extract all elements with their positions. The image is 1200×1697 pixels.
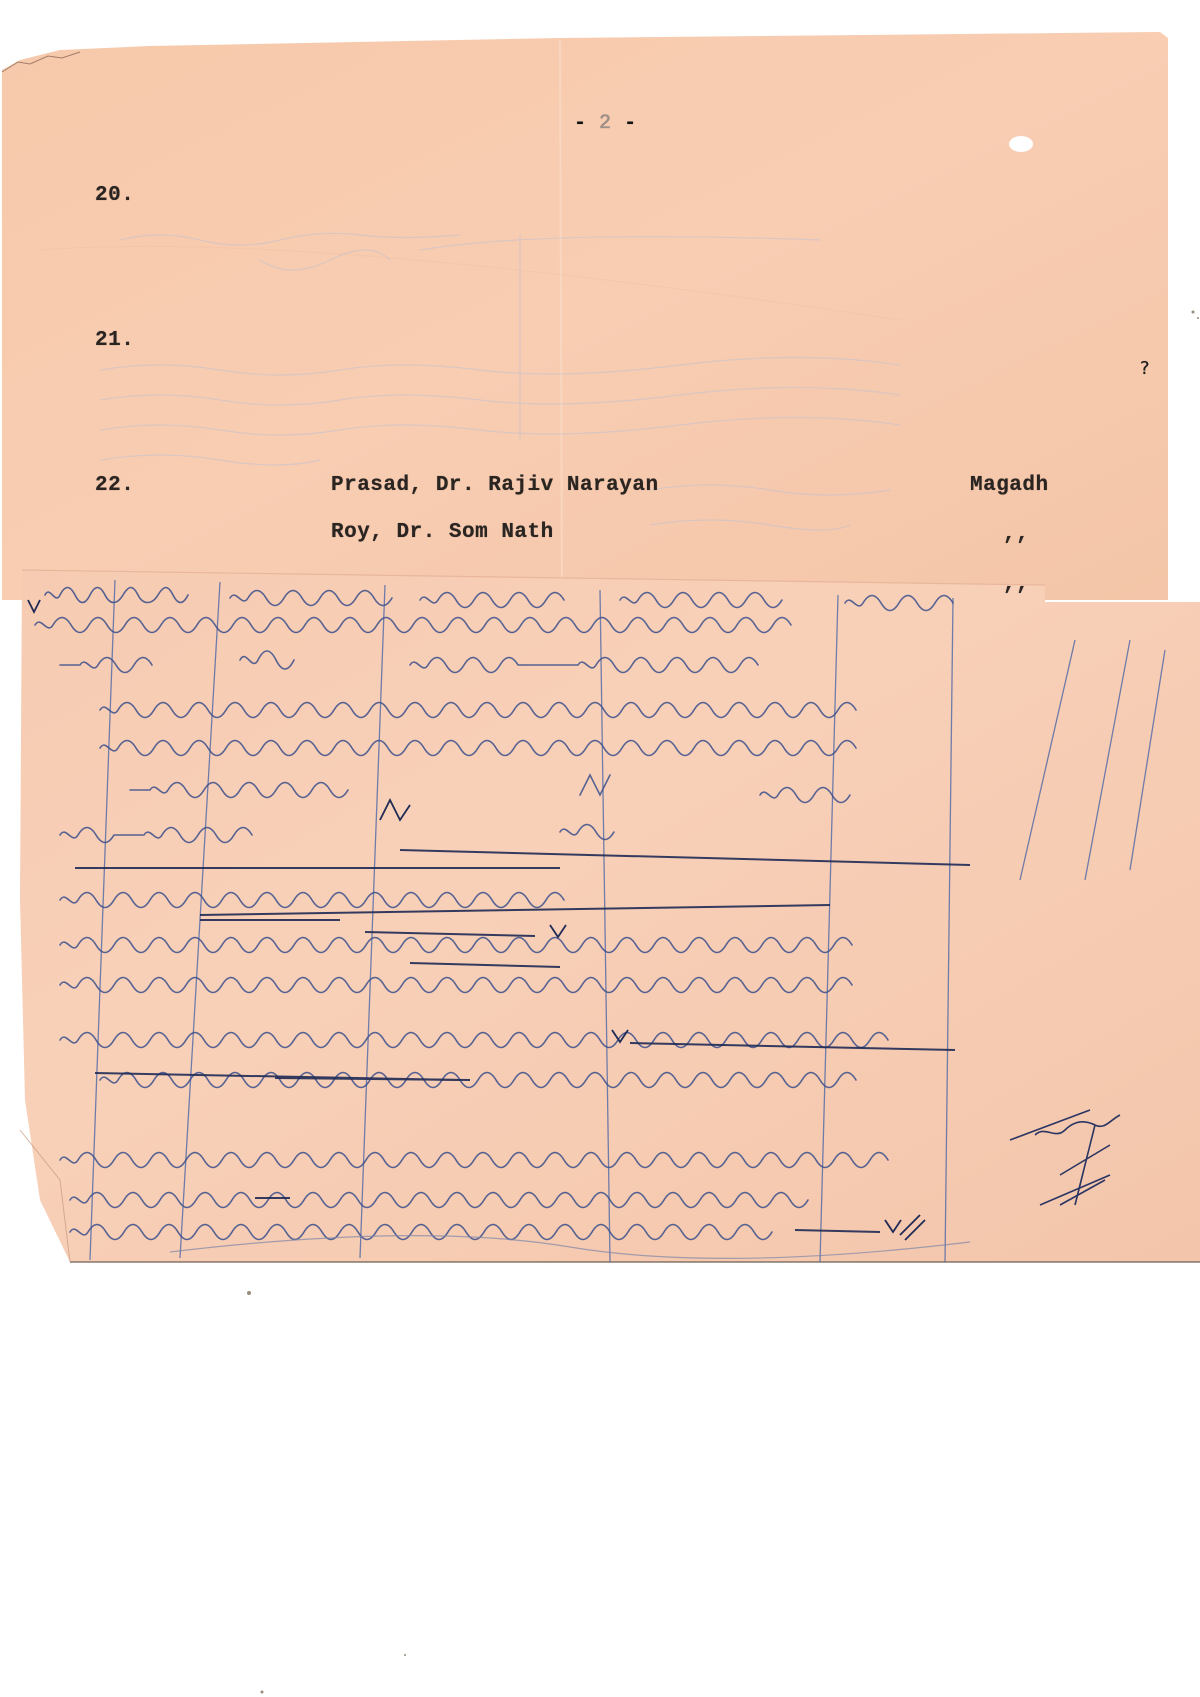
- document-scan: [0, 0, 1200, 1697]
- punch-hole: [1009, 136, 1033, 152]
- handwritten-slip: [20, 570, 1200, 1262]
- paper-sheet: [2, 32, 1168, 600]
